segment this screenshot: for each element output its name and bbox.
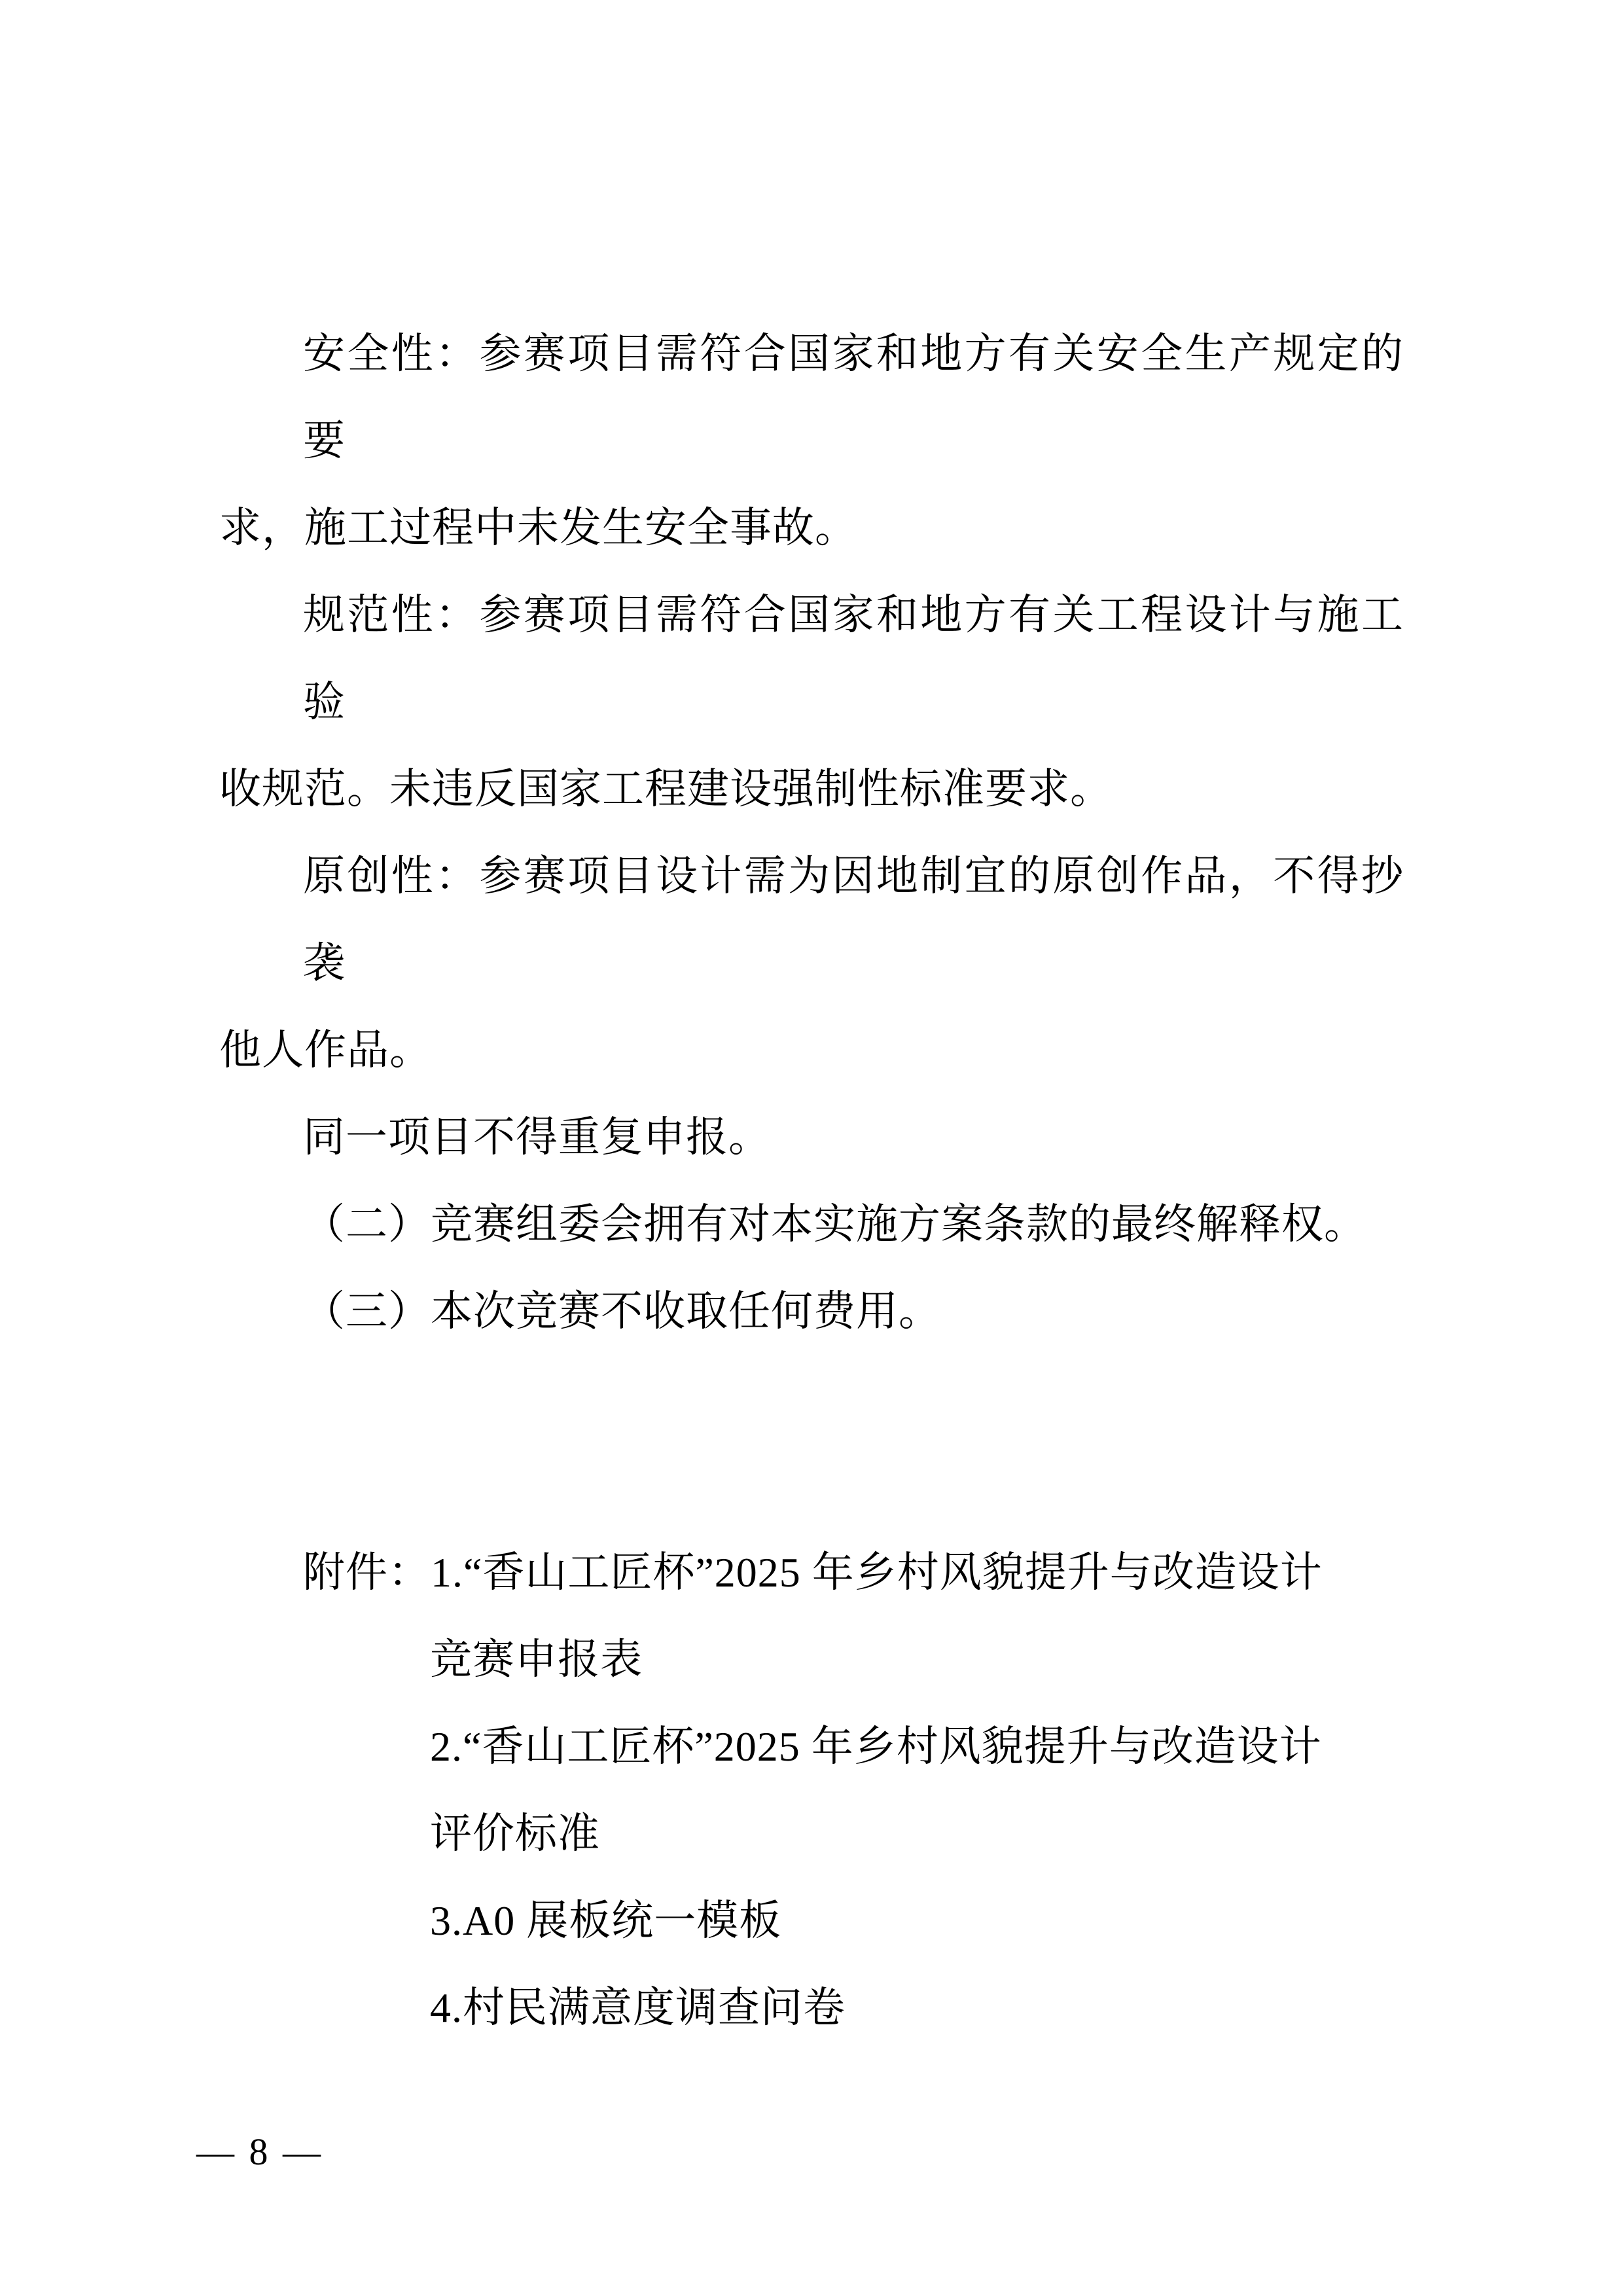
attachment-line: 附件：1.“香山工匠杯”2025 年乡村风貌提升与改造设计	[219, 1529, 1404, 1616]
body-line: 原创性：参赛项目设计需为因地制宜的原创作品，不得抄袭	[219, 833, 1404, 1007]
document-page: 安全性：参赛项目需符合国家和地方有关安全生产规定的要 求，施工过程中未发生安全事…	[0, 0, 1623, 2296]
page-number: — 8 —	[196, 2126, 323, 2178]
attachment-line: 4.村民满意度调查问卷	[219, 1964, 1404, 2051]
body-line: 收规范。未违反国家工程建设强制性标准要求。	[219, 745, 1404, 833]
attachment-line: 3.A0 展板统一模板	[219, 1877, 1404, 1964]
blank-gap	[219, 1355, 1404, 1529]
attachment-line: 评价标准	[219, 1790, 1404, 1877]
body-line: 他人作品。	[219, 1007, 1404, 1094]
body-line: 规范性：参赛项目需符合国家和地方有关工程设计与施工验	[219, 571, 1404, 745]
body-line-item-3: （三）本次竞赛不收取任何费用。	[219, 1268, 1404, 1355]
body-line: 同一项目不得重复申报。	[219, 1094, 1404, 1181]
body-line-item-2: （二）竞赛组委会拥有对本实施方案条款的最终解释权。	[219, 1181, 1404, 1268]
attachment-line: 竞赛申报表	[219, 1616, 1404, 1703]
body-line: 安全性：参赛项目需符合国家和地方有关安全生产规定的要	[219, 310, 1404, 484]
body-line: 求，施工过程中未发生安全事故。	[219, 484, 1404, 571]
attachment-line: 2.“香山工匠杯”2025 年乡村风貌提升与改造设计	[219, 1703, 1404, 1790]
document-body: 安全性：参赛项目需符合国家和地方有关安全生产规定的要 求，施工过程中未发生安全事…	[219, 310, 1404, 2051]
